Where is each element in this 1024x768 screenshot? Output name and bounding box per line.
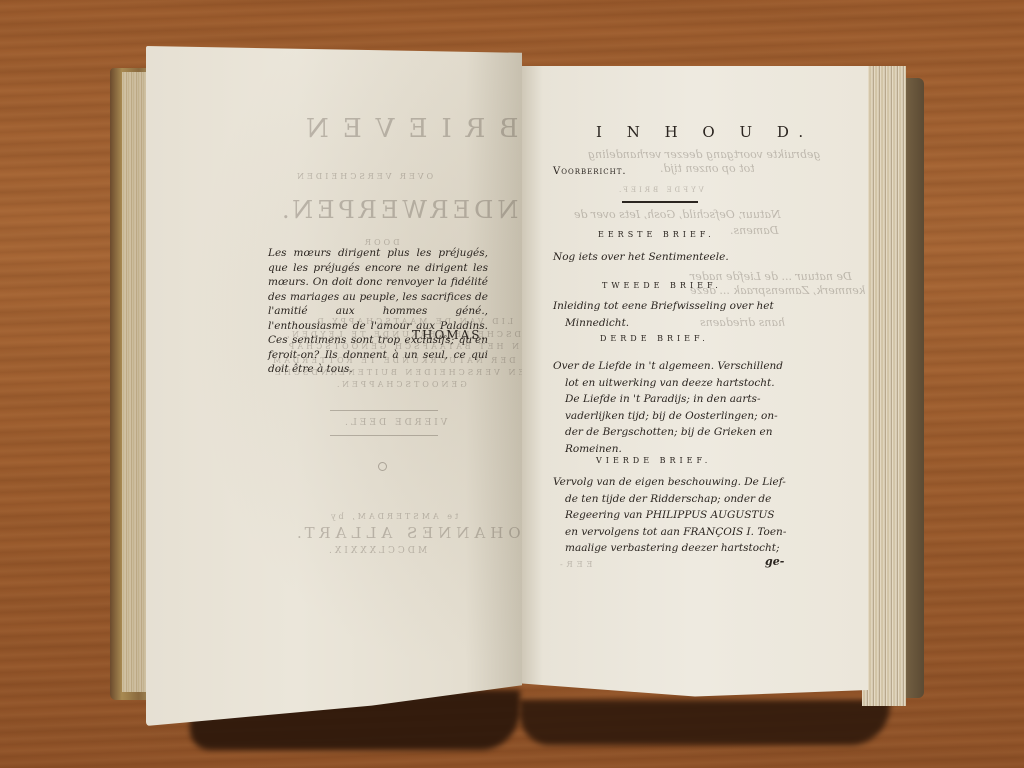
toc-entry-line: Minnedicht. — [553, 315, 791, 332]
toc-entry-line: en vervolgens tot aan FRANÇOIS I. Toen- — [553, 524, 791, 541]
page-edges-right — [862, 66, 906, 706]
show-through-imprint-place: te AMSTERDAM, by — [328, 512, 458, 521]
printer-ornament-icon — [378, 462, 387, 471]
toc-entry-line: Over de Liefde in 't algemeen. Verschill… — [553, 358, 791, 375]
show-through-footer: EER- — [556, 560, 592, 569]
toc-entry-line: vaderlijken tijd; bij de Oosterlingen; o… — [553, 408, 791, 425]
show-through-rule — [330, 410, 438, 411]
toc-entry-line: Romeinen. — [553, 441, 791, 458]
toc-entry-line: Regeering van PHILIPPUS AUGUSTUS — [553, 507, 791, 524]
show-through-rule — [330, 435, 438, 436]
show-through-line: tot op onzen tijd. — [660, 162, 755, 175]
show-through-title: BRIEVEN — [292, 114, 518, 144]
show-through-title-2: ONDERWERPEN. — [278, 196, 542, 224]
show-through-volume: VIERDE DEEL. — [342, 418, 447, 428]
toc-entry-line: Vervolg van de eigen beschouwing. De Lie… — [553, 474, 791, 491]
book-shadow-right — [520, 700, 890, 745]
toc-entry-line: de ten tijde der Ridderschap; onder de — [553, 491, 791, 508]
show-through-line: gebruikte voortgang deezer verhandeling — [588, 148, 820, 161]
toc-entry-line: maalige verbastering deezer hartstocht; — [553, 540, 791, 557]
show-through-author-line: GENOOTSCHAPPEN. — [334, 380, 467, 389]
show-through-publisher: JOHANNES ALLART. — [292, 524, 532, 542]
catchword: ge- — [765, 555, 784, 568]
toc-entry-line: De Liefde in 't Paradijs; in den aarts- — [553, 391, 791, 408]
epigraph-quote: Les mœurs dirigent plus les préjugés, qu… — [268, 246, 488, 377]
toc-entry-third-letter: Over de Liefde in 't algemeen. Verschill… — [553, 358, 791, 457]
toc-entry-line: der de Bergschotten; bij de Grieken en — [553, 424, 791, 441]
toc-entry-line: Nog iets over het Sentimenteele. — [553, 249, 791, 266]
contents-title: I N H O U D. — [596, 123, 813, 141]
section-heading-fourth-letter: VIERDE BRIEF. — [596, 456, 711, 465]
show-through-year: MDCCLXXXIX. — [326, 546, 427, 556]
toc-entry-fourth-letter: Vervolg van de eigen beschouwing. De Lie… — [553, 474, 791, 557]
toc-entry-line: lot en uitwerking van deeze hartstocht. — [553, 375, 791, 392]
show-through-line: Natuur, Oefschild, Gosh, Iets over de — [574, 208, 781, 221]
toc-entry-second-letter: Inleiding tot eene Briefwisseling over h… — [553, 298, 791, 331]
section-rule — [622, 201, 698, 203]
section-heading-second-letter: TWEEDE BRIEF. — [602, 281, 722, 290]
show-through-subtitle: OVER VERSCHEIDEN — [294, 172, 433, 181]
toc-entry-line: Inleiding tot eene Briefwisseling over h… — [553, 298, 791, 315]
toc-entry-first-letter: Nog iets over het Sentimenteele. — [553, 249, 791, 266]
toc-entry-foreword: Voorbericht. — [553, 166, 627, 177]
section-heading-third-letter: DERDE BRIEF. — [600, 334, 709, 343]
epigraph-attribution: THOMAS. — [412, 328, 487, 342]
section-heading-first-letter: EERSTE BRIEF. — [598, 230, 715, 239]
show-through-line: Damens. — [730, 224, 779, 237]
show-through-line: VYFDE BRIEF. — [616, 186, 704, 194]
